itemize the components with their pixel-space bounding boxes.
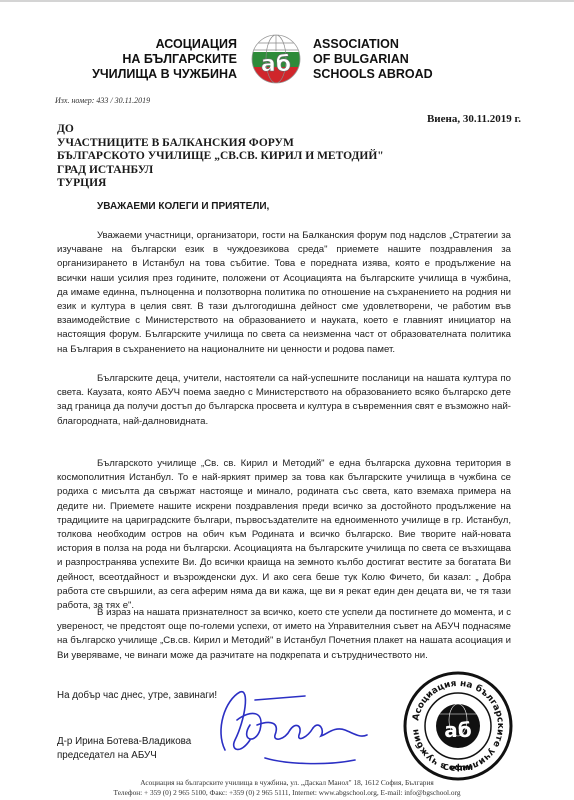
org-bg-line: НА БЪЛГАРСКИТЕ bbox=[92, 52, 237, 67]
org-en-line: SCHOOLS ABROAD bbox=[313, 67, 433, 82]
letterhead: АСОЦИАЦИЯ НА БЪЛГАРСКИТЕ УЧИЛИЩА В ЧУЖБИ… bbox=[0, 32, 574, 92]
org-bg-line: АСОЦИАЦИЯ bbox=[92, 37, 237, 52]
addressee-line: ДО bbox=[57, 123, 384, 137]
signer-block: Д-р Ирина Ботева-Владикова председател н… bbox=[57, 735, 191, 763]
org-name-bulgarian: АСОЦИАЦИЯ НА БЪЛГАРСКИТЕ УЧИЛИЩА В ЧУЖБИ… bbox=[92, 37, 237, 82]
addressee-line: ТУРЦИЯ bbox=[57, 177, 384, 191]
association-logo-icon: аб bbox=[250, 33, 302, 85]
addressee-block: ДО УЧАСТНИЦИТЕ В БАЛКАНСКИЯ ФОРУМ БЪЛГАР… bbox=[57, 123, 384, 191]
footer-contact-line: Телефон: + 359 (0) 2 965 5100, Факс: +35… bbox=[0, 788, 574, 798]
closing-line: На добър час днес, утре, завинаги! bbox=[57, 690, 217, 701]
body-paragraph: Българските деца, учители, настоятели са… bbox=[57, 372, 511, 429]
handwritten-signature-icon bbox=[195, 680, 375, 770]
addressee-line: УЧАСТНИЦИТЕ В БАЛКАНСКИЯ ФОРУМ bbox=[57, 137, 384, 151]
addressee-line: БЪЛГАРСКОТО УЧИЛИЩЕ „СВ.СВ. КИРИЛ И МЕТО… bbox=[57, 150, 384, 164]
org-bg-line: УЧИЛИЩА В ЧУЖБИНА bbox=[92, 67, 237, 82]
greeting: УВАЖАЕМИ КОЛЕГИ И ПРИЯТЕЛИ, bbox=[97, 201, 269, 212]
org-en-line: ASSOCIATION bbox=[313, 37, 433, 52]
svg-text:София: София bbox=[443, 763, 473, 772]
svg-text:аб: аб bbox=[261, 52, 291, 77]
body-paragraph: Българското училище „Св. св. Кирил и Мет… bbox=[57, 457, 511, 613]
addressee-line: ГРАД ИСТАНБУЛ bbox=[57, 164, 384, 178]
paragraph-text: Българското училище „Св. св. Кирил и Мет… bbox=[57, 457, 511, 613]
signer-name: Д-р Ирина Ботева-Владикова bbox=[57, 735, 191, 749]
footer-contacts: Асоциация на българските училища в чужби… bbox=[0, 778, 574, 797]
footer-address: Асоциация на българските училища в чужби… bbox=[0, 778, 574, 788]
paragraph-text: Уважаеми участници, организатори, гости … bbox=[57, 229, 511, 357]
body-paragraph: В израз на нашата признателност за всичк… bbox=[57, 606, 511, 663]
svg-text:аб: аб bbox=[444, 718, 471, 742]
official-stamp-icon: Асоциация на българските училища в чужби… bbox=[402, 670, 514, 782]
place-date: Виена, 30.11.2019 г. bbox=[427, 113, 521, 125]
org-en-line: OF BULGARIAN bbox=[313, 52, 433, 67]
paragraph-text: В израз на нашата признателност за всичк… bbox=[57, 606, 511, 663]
org-name-english: ASSOCIATION OF BULGARIAN SCHOOLS ABROAD bbox=[313, 37, 433, 82]
body-paragraph: Уважаеми участници, организатори, гости … bbox=[57, 229, 511, 357]
paragraph-text: Българските деца, учители, настоятели са… bbox=[57, 372, 511, 429]
reference-number: Изх. номер: 433 / 30.11.2019 bbox=[55, 96, 150, 105]
signer-title: председател на АБУЧ bbox=[57, 749, 191, 763]
